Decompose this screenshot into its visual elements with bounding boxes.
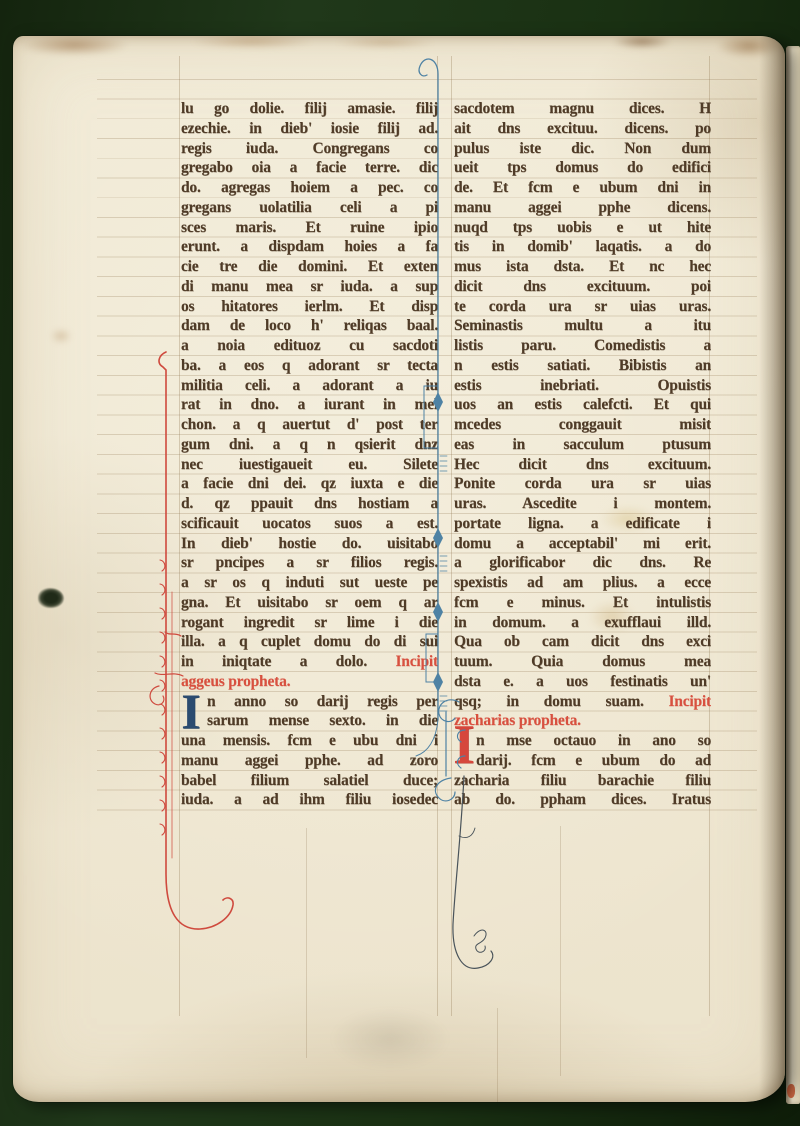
body-text: nuqd tps uobis e ut hite (454, 219, 711, 236)
body-text: regis iuda. Congregans co (181, 140, 438, 157)
vertical-ruling-line (179, 56, 180, 1016)
text-line: gregans uolatilia celi a pi (181, 198, 438, 218)
text-line: nuqd tps uobis e ut hite (454, 218, 711, 238)
body-text: pulus iste dic. Non dum (454, 140, 711, 157)
body-text: In dieb' hostie do. uisitabo (181, 535, 438, 552)
body-text: erunt. a dispdam hoies a fa (181, 238, 438, 255)
body-text: listis paru. Comedistis a (454, 337, 711, 354)
stain (190, 36, 314, 49)
stain (335, 36, 435, 49)
text-line: lu go dolie. filij amasie. filij (181, 99, 438, 119)
crease (560, 826, 561, 1076)
body-text: n estis satiati. Bibistis an (454, 357, 711, 374)
text-line: spexistis ad am plius. a ecce (454, 573, 711, 593)
body-text: scificauit uocatos suos a est. (181, 515, 438, 532)
text-line: gna. Et uisitabo sr oem q ar (181, 593, 438, 613)
body-text: rogant ingredit sr lime i die (181, 614, 438, 631)
body-text: manu aggei pphe. ad zoro (181, 752, 438, 769)
text-line: ab do. ppham dices. Iratus (454, 790, 711, 810)
stain (50, 328, 72, 344)
body-text: os hitatores ierlm. Et disp (181, 298, 438, 315)
body-text: spexistis ad am plius. a ecce (454, 574, 711, 591)
text-line: rogant ingredit sr lime i die (181, 613, 438, 633)
body-text: te corda ura sr uias uras. (454, 298, 711, 315)
text-line: ezechie. in dieb' iosie filij ad. (181, 119, 438, 139)
body-text: babel filium salatiel duce; (181, 772, 438, 789)
body-text: zacharia filiu barachie filiu (454, 772, 711, 789)
text-line: ueit tps domus do edifici (454, 158, 711, 178)
body-text: nec iuestigaueit eu. Silete (181, 456, 438, 473)
body-text: iuda. a ad ihm filiu iosedec (181, 791, 438, 808)
text-line: Qua ob cam dicit dns exci (454, 632, 711, 652)
body-text: ueit tps domus do edifici (454, 159, 711, 176)
text-line: scificauit uocatos suos a est. (181, 514, 438, 534)
body-text: militia celi. a adorant a iu (181, 377, 438, 394)
text-line: do. agregas hoiem a pec. co (181, 178, 438, 198)
body-text: ait dns excituu. dicens. po (454, 120, 711, 137)
body-text: chon. a q auertut d' post ter (181, 416, 438, 433)
body-text: gregans uolatilia celi a pi (181, 199, 438, 216)
text-line: pulus iste dic. Non dum (454, 139, 711, 159)
text-line: aggeus propheta. (181, 672, 438, 692)
stain (18, 36, 130, 56)
body-text: illa. a q cuplet domu do di sui (181, 633, 438, 650)
text-line: militia celi. a adorant a iu (181, 376, 438, 396)
text-line: mus ista dsta. Et nc hec (454, 257, 711, 277)
body-text: lu go dolie. filij amasie. filij (181, 100, 438, 117)
body-text: Hec dicit dns excituum. (454, 456, 711, 473)
text-line: darij. fcm e ubum do ad (454, 751, 711, 771)
text-line: ba. a eos q adorant sr tecta (181, 356, 438, 376)
body-text: ba. a eos q adorant sr tecta (181, 357, 438, 374)
text-line: In dieb' hostie do. uisitabo (181, 534, 438, 554)
text-line: chon. a q auertut d' post ter (181, 415, 438, 435)
text-line: a glorificabor dic dns. Re (454, 553, 711, 573)
text-line: iuda. a ad ihm filiu iosedec (181, 790, 438, 810)
text-line: eas in sacculum ptusum (454, 435, 711, 455)
body-text: mus ista dsta. Et nc hec (454, 258, 711, 275)
text-line: di manu mea sr iuda. a sup (181, 277, 438, 297)
text-line: domu a acceptabil' mi erit. (454, 534, 711, 554)
text-line: regis iuda. Congregans co (181, 139, 438, 159)
stain (612, 36, 672, 49)
text-line: illa. a q cuplet domu do di sui (181, 632, 438, 652)
body-text: una mensis. fcm e ubu dni i (181, 732, 438, 749)
text-line: zacharia filiu barachie filiu (454, 771, 711, 791)
text-line: manu aggei pphe. ad zoro (181, 751, 438, 771)
rubric-text: Incipit (668, 693, 711, 710)
text-line: dsta e. a uos festinatis un' (454, 672, 711, 692)
text-line: Hec dicit dns excituum. (454, 455, 711, 475)
initial-zacharias: I (452, 718, 476, 776)
red-edge-mark (787, 1084, 795, 1098)
body-text: portate ligna. a edificate i (454, 515, 711, 532)
descender-squiggle (474, 930, 486, 952)
text-line: tuum. Quia domus mea (454, 652, 711, 672)
text-line: sces maris. Et ruine ipio (181, 218, 438, 238)
text-line: a facie dni dei. qz iuxta e die (181, 474, 438, 494)
text-line: fcm e minus. Et intulistis (454, 593, 711, 613)
body-text: do. agregas hoiem a pec. co (181, 179, 438, 196)
body-text: dicit dns excituum. poi (454, 278, 711, 295)
body-text: domu a acceptabil' mi erit. (454, 535, 711, 552)
manuscript-page: lu go dolie. filij amasie. filijezechie.… (13, 36, 785, 1102)
body-text: manu aggei pphe dicens. (454, 199, 711, 216)
text-column-left: lu go dolie. filij amasie. filijezechie.… (181, 99, 438, 811)
text-line: Ponite corda ura sr uias (454, 474, 711, 494)
body-text: uos an estis calefcti. Et qui (454, 396, 711, 413)
parchment-hole (38, 588, 64, 608)
body-text: ezechie. in dieb' iosie filij ad. (181, 120, 438, 137)
body-text: estis inebriati. Opuistis (454, 377, 711, 394)
initial-aggeus: I (179, 689, 203, 733)
body-text: n anno so darij regis per (207, 693, 438, 710)
body-text: gum dni. a q n qsierit dnz (181, 436, 438, 453)
text-line: sacdotem magnu dices. H (454, 99, 711, 119)
text-line: in iniqtate a dolo. Incipit (181, 652, 438, 672)
text-line: babel filium salatiel duce; (181, 771, 438, 791)
text-line: d. qz ppauit dns hostiam a (181, 494, 438, 514)
text-line: mcedes conggauit misit (454, 415, 711, 435)
text-line: manu aggei pphe dicens. (454, 198, 711, 218)
text-line: n estis satiati. Bibistis an (454, 356, 711, 376)
text-line: gregabo oia a facie terre. dic (181, 158, 438, 178)
body-text: tis in domib' laqatis. a do (454, 238, 711, 255)
body-text: dsta e. a uos festinatis un' (454, 673, 711, 690)
text-line: in domum. a exufflaui illd. (454, 613, 711, 633)
text-line: de. Et fcm e ubum dni in (454, 178, 711, 198)
body-text: sces maris. Et ruine ipio (181, 219, 438, 236)
text-line: ait dns excituu. dicens. po (454, 119, 711, 139)
body-text: sacdotem magnu dices. H (454, 100, 711, 117)
text-line: dicit dns excituum. poi (454, 277, 711, 297)
text-line: dam de loco h' reliqas baal. (181, 316, 438, 336)
text-line: a noia edituoz cu sacdoti (181, 336, 438, 356)
body-text: qsq; in domu suam. (454, 693, 668, 710)
text-column-right: sacdotem magnu dices. Hait dns excituu. … (454, 99, 711, 811)
body-text: sarum mense sexto. in die (207, 712, 438, 729)
text-line: estis inebriati. Opuistis (454, 376, 711, 396)
body-text: Seminastis multu a itu (454, 317, 711, 334)
body-text: n mse octauo in ano so (476, 732, 711, 749)
body-text: gregabo oia a facie terre. dic (181, 159, 438, 176)
body-text: a noia edituoz cu sacdoti (181, 337, 438, 354)
body-text: di manu mea sr iuda. a sup (181, 278, 438, 295)
body-text: cie tre die domini. Et exten (181, 258, 438, 275)
body-text: a glorificabor dic dns. Re (454, 554, 711, 571)
body-text: de. Et fcm e ubum dni in (454, 179, 711, 196)
text-line: tis in domib' laqatis. a do (454, 237, 711, 257)
adjacent-page-edge (786, 46, 800, 1104)
stain (330, 1008, 450, 1070)
crease (497, 1008, 498, 1102)
text-line: te corda ura sr uias uras. (454, 297, 711, 317)
text-line: nec iuestigaueit eu. Silete (181, 455, 438, 475)
text-line: zacharias propheta. (454, 711, 711, 731)
vertical-ruling-line (451, 56, 452, 1016)
text-line: erunt. a dispdam hoies a fa (181, 237, 438, 257)
body-text: Ponite corda ura sr uias (454, 475, 711, 492)
body-text: mcedes conggauit misit (454, 416, 711, 433)
body-text: fcm e minus. Et intulistis (454, 594, 711, 611)
text-line: rat in dno. a iurant in mel (181, 395, 438, 415)
manuscript-photo: lu go dolie. filij amasie. filijezechie.… (0, 0, 800, 1126)
text-line: qsq; in domu suam. Incipit (454, 692, 711, 712)
text-line: os hitatores ierlm. Et disp (181, 297, 438, 317)
body-text: sr pncipes a sr filios regis. (181, 554, 438, 571)
text-line: uras. Ascedite i montem. (454, 494, 711, 514)
text-line: sarum mense sexto. in die (181, 711, 438, 731)
body-text: eas in sacculum ptusum (454, 436, 711, 453)
text-line: una mensis. fcm e ubu dni i (181, 731, 438, 751)
body-text: dam de loco h' reliqas baal. (181, 317, 438, 334)
body-text: a sr os q induti sut ueste pe (181, 574, 438, 591)
descender-hook (459, 828, 475, 838)
body-text: Qua ob cam dicit dns exci (454, 633, 711, 650)
crease (306, 828, 307, 1058)
text-line: n mse octauo in ano so (454, 731, 711, 751)
body-text: in domum. a exufflaui illd. (454, 614, 711, 631)
body-text: d. qz ppauit dns hostiam a (181, 495, 438, 512)
text-line: a sr os q induti sut ueste pe (181, 573, 438, 593)
body-text: tuum. Quia domus mea (454, 653, 711, 670)
body-text: rat in dno. a iurant in mel (181, 396, 438, 413)
body-text: darij. fcm e ubum do ad (476, 752, 711, 769)
body-text: uras. Ascedite i montem. (454, 495, 711, 512)
rubric-text: Incipit (395, 653, 438, 670)
body-text: gna. Et uisitabo sr oem q ar (181, 594, 438, 611)
text-line: Seminastis multu a itu (454, 316, 711, 336)
text-line: portate ligna. a edificate i (454, 514, 711, 534)
text-line: sr pncipes a sr filios regis. (181, 553, 438, 573)
text-line: cie tre die domini. Et exten (181, 257, 438, 277)
body-text: ab do. ppham dices. Iratus (454, 791, 711, 808)
body-text: a facie dni dei. qz iuxta e die (181, 475, 438, 492)
text-line: uos an estis calefcti. Et qui (454, 395, 711, 415)
text-line: listis paru. Comedistis a (454, 336, 711, 356)
body-text: in iniqtate a dolo. (181, 653, 395, 670)
text-line: n anno so darij regis per (181, 692, 438, 712)
text-line: gum dni. a q n qsierit dnz (181, 435, 438, 455)
gutter-shadow (759, 36, 785, 1102)
